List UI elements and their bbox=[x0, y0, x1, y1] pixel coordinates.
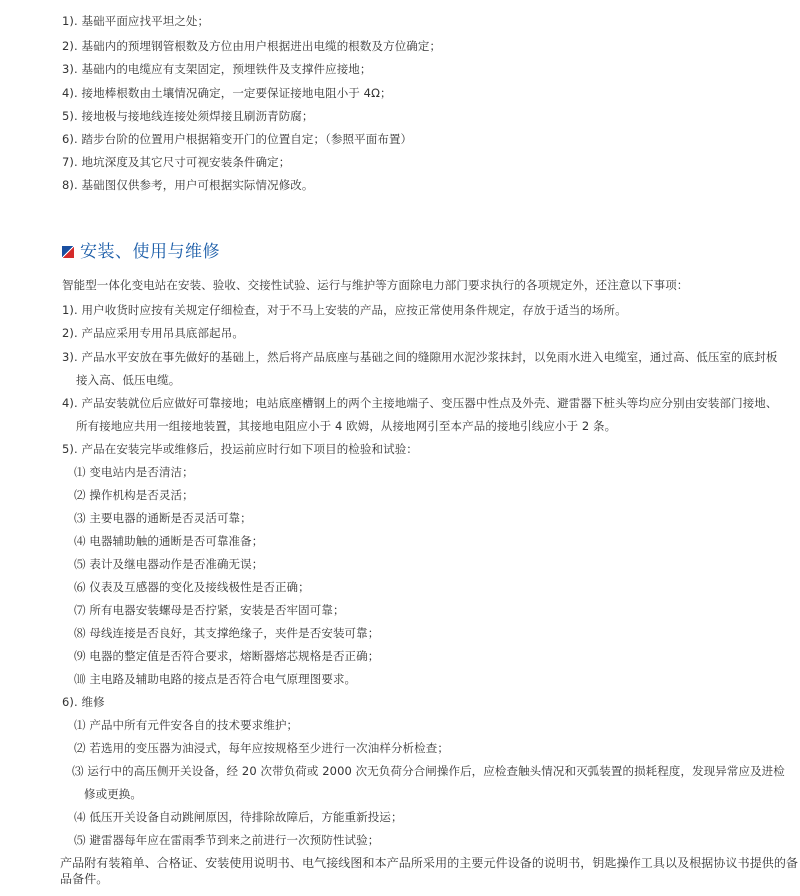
maintenance-item-continuation: 修或更换。 bbox=[84, 786, 142, 802]
foundation-note: 8). 基础图仅供参考，用户可根据实际情况修改。 bbox=[62, 177, 314, 193]
foundation-note: 3). 基础内的电缆应有支架固定，预埋铁件及支撑件应接地； bbox=[62, 61, 372, 77]
closing-line: 品备件。 bbox=[60, 871, 108, 887]
check-item: ⑻ 母线连接是否良好，其支撑绝缘子，夹件是否安装可靠； bbox=[74, 625, 379, 641]
section-heading: 安装、使用与维修 bbox=[62, 240, 220, 264]
foundation-note: 6). 踏步台阶的位置用户根据箱变开门的位置自定；（参照平面布置） bbox=[62, 131, 412, 147]
maintenance-item: ⑶ 运行中的高压侧开关设备，经 20 次带负荷或 2000 次无负荷分合闸操作后… bbox=[72, 763, 785, 779]
foundation-note: 5). 接地极与接地线连接处须焊接且刷沥青防腐； bbox=[62, 108, 314, 124]
list-item-continuation: 接入高、低压电缆。 bbox=[76, 372, 180, 388]
check-item: ⑶ 主要电器的通断是否灵活可靠； bbox=[74, 510, 252, 526]
check-item: ⑵ 操作机构是否灵活； bbox=[74, 487, 194, 503]
maintenance-item: ⑷ 低压开关设备自动跳闸原因，待排除故障后，方能重新投运； bbox=[74, 809, 403, 825]
check-item: ⑺ 所有电器安装螺母是否拧紧，安装是否牢固可靠； bbox=[74, 602, 345, 618]
check-item: ⑷ 电器辅助触的通断是否可靠准备； bbox=[74, 533, 263, 549]
list-item: 3). 产品水平安放在事先做好的基础上，然后将产品底座与基础之间的缝隙用水泥沙浆… bbox=[62, 349, 778, 365]
maintenance-item: ⑴ 产品中所有元件安各自的技术要求维护； bbox=[74, 717, 298, 733]
list-item: 2). 产品应采用专用吊具底部起吊。 bbox=[62, 325, 244, 341]
section-title: 安装、使用与维修 bbox=[80, 241, 220, 263]
maintenance-item: ⑸ 避雷器每年应在雷雨季节到来之前进行一次预防性试验； bbox=[74, 832, 379, 848]
foundation-note: 4). 接地棒根数由土壤情况确定，一定要保证接地电阻小于 4Ω； bbox=[62, 85, 392, 101]
list-item-continuation: 所有接地应共用一组接地装置，其接地电阻应小于 4 欧姆，从接地网引至本产品的接地… bbox=[76, 418, 616, 434]
maintenance-label: 6). 维修 bbox=[62, 694, 105, 710]
closing-line: 产品附有装箱单、合格证、安装使用说明书、电气接线图和本产品所采用的主要元件设备的… bbox=[60, 855, 798, 871]
check-item: ⑹ 仪表及互感器的变化及接线极性是否正确； bbox=[74, 579, 310, 595]
maintenance-item: ⑵ 若选用的变压器为油浸式，每年应按规格至少进行一次油样分析检查； bbox=[74, 740, 449, 756]
foundation-note: 7). 地坑深度及其它尺寸可视安装条件确定； bbox=[62, 154, 290, 170]
check-item: ⑽ 主电路及辅助电路的接点是否符合电气原理图要求。 bbox=[74, 671, 356, 687]
split-square-icon bbox=[62, 246, 74, 258]
foundation-note: 1). 基础平面应找平坦之处； bbox=[62, 13, 209, 29]
list-item: 4). 产品安装就位后应做好可靠接地；电站底座槽钢上的两个主接地端子、变压器中性… bbox=[62, 395, 778, 411]
foundation-note: 2). 基础内的预埋钢管根数及方位由用户根据进出电缆的根数及方位确定； bbox=[62, 38, 441, 54]
section-intro: 智能型一体化变电站在安装、验收、交接性试验、运行与维护等方面除电力部门要求执行的… bbox=[62, 277, 688, 293]
list-item: 5). 产品在安装完毕或维修后，投运前应时行如下项目的检验和试验： bbox=[62, 441, 418, 457]
check-item: ⑸ 表计及继电器动作是否准确无误； bbox=[74, 556, 263, 572]
check-item: ⑴ 变电站内是否清洁； bbox=[74, 464, 194, 480]
check-item: ⑼ 电器的整定值是否符合要求，熔断器熔芯规格是否正确； bbox=[74, 648, 379, 664]
list-item: 1). 用户收货时应按有关规定仔细检查，对于不马上安装的产品，应按正常使用条件规… bbox=[62, 302, 627, 318]
